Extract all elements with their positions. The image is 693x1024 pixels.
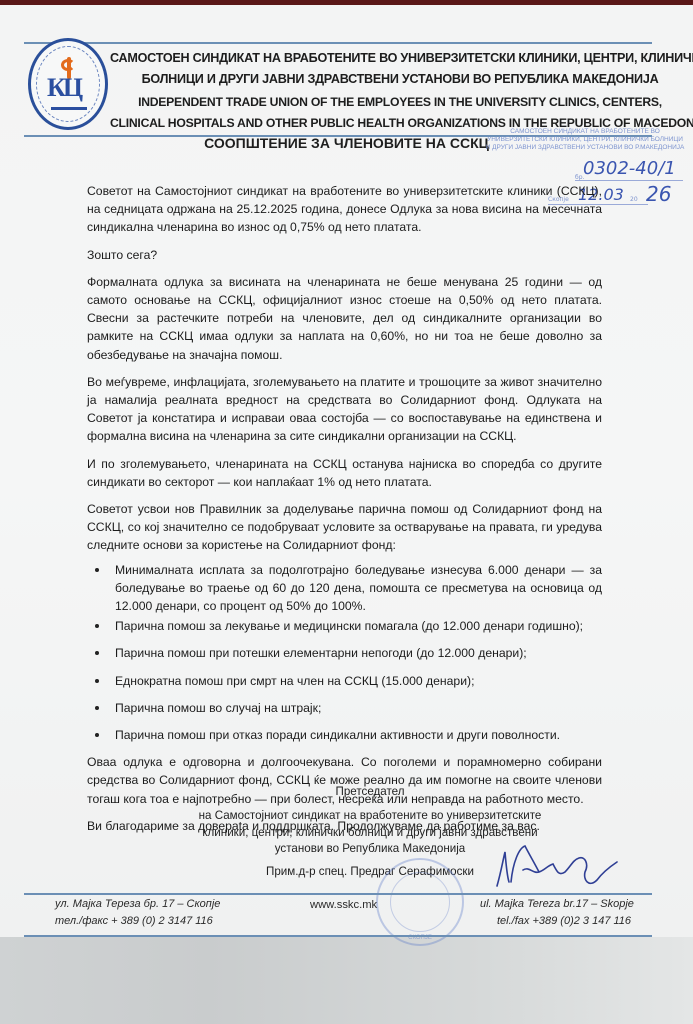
photo-background	[0, 937, 693, 1024]
stamp-line: УНИВЕРЗИТЕТСКИ КЛИНИКИ, ЦЕНТРИ, КЛИНИЧКИ…	[480, 136, 690, 144]
handwritten-signature-icon	[493, 842, 623, 892]
bullet-icon	[95, 733, 99, 737]
bridge-icon	[51, 107, 87, 113]
org-name-mk-line2: БОЛНИЦИ И ДРУГИ ЈАВНИ ЗДРАВСТВЕНИ УСТАНО…	[110, 72, 690, 86]
bullet-icon	[95, 651, 99, 655]
list-item: Парична помош за лекување и медицински п…	[87, 617, 602, 635]
logo-monogram: КЦ	[47, 73, 80, 103]
intro-paragraph: Советот на Самостојниот синдикат на враб…	[87, 182, 602, 237]
list-item: Минималната исплата за подолготрајно бол…	[87, 561, 602, 616]
paragraph-inflation: Во меѓувреме, инфлацијата, зголемувањето…	[87, 373, 602, 446]
stamp-line: И ДРУГИ ЈАВНИ ЗДРАВСТВЕНИ УСТАНОВИ ВО Р.…	[480, 144, 690, 152]
list-item-text: Минималната исплата за подолготрајно бол…	[115, 563, 602, 613]
list-item: Парична помош во случај на штрајк;	[87, 699, 602, 717]
footer-address-en: ul. Majka Tereza br.17 – Skopje	[480, 896, 634, 913]
bullet-icon	[95, 568, 99, 572]
list-item: Еднократна помош при смрт на член на ССК…	[87, 672, 602, 690]
list-item-text: Парична помош за лекување и медицински п…	[115, 619, 583, 633]
footer-phone-en: tel./fax +389 (0)2 3 147 116	[480, 913, 634, 930]
paragraph-comparison: И по зголемувањето, членарината на ССКЦ …	[87, 455, 602, 491]
signature-role: Претседател	[170, 784, 570, 801]
list-item-text: Еднократна помош при смрт на член на ССК…	[115, 674, 474, 688]
list-item-text: Парична помош при потешки елементарни не…	[115, 646, 527, 660]
footer-contact-en: ul. Majka Tereza br.17 – Skopje tel./fax…	[480, 896, 634, 930]
footer-address-mk: ул. Мајка Тереза бр. 17 – Скопје	[55, 896, 220, 913]
paragraph-history: Формалната одлука за висината на членари…	[87, 273, 602, 364]
stamp-year-label: 20	[630, 196, 638, 203]
list-item: Парична помош при отказ поради синдикалн…	[87, 726, 602, 744]
list-item-text: Парична помош во случај на штрајк;	[115, 701, 321, 715]
seal-inner-ring	[390, 872, 450, 932]
bullet-icon	[95, 624, 99, 628]
why-heading: Зошто сега?	[87, 246, 602, 264]
signature-org-line: на Самостојниот синдикат на вработените …	[170, 808, 570, 825]
footer-contact-mk: ул. Мајка Тереза бр. 17 – Скопје тел./фа…	[55, 896, 220, 930]
header-top-rule	[24, 42, 652, 44]
footer-phone-mk: тел./факс + 389 (0) 2 3147 116	[55, 913, 220, 930]
stamp-number: 0302-40/1	[583, 158, 676, 179]
official-seal: СКОПЈЕ	[376, 858, 464, 946]
footer-bottom-rule	[24, 935, 652, 937]
org-name-mk-line1: САМОСТОЕН СИНДИКАТ НА ВРАБОТЕНИТЕ ВО УНИ…	[110, 51, 690, 65]
list-item-text: Парична помош при отказ поради синдикалн…	[115, 728, 560, 742]
list-item: Парична помош при потешки елементарни не…	[87, 644, 602, 662]
bullet-icon	[95, 706, 99, 710]
paragraph-rulebook: Советот усвои нов Правилник за доделувањ…	[87, 500, 602, 555]
org-name-en-line1: INDEPENDENT TRADE UNION OF THE EMPLOYEES…	[110, 95, 690, 109]
benefits-list: Минималната исплата за подолготрајно бол…	[87, 561, 602, 745]
bullet-icon	[95, 679, 99, 683]
body-content: Советот на Самостојниот синдикат на враб…	[87, 182, 602, 844]
footer-website-link[interactable]: www.sskc.mk	[310, 899, 377, 911]
stamp-line: САМОСТОЕН СИНДИКАТ НА ВРАБОТЕНИТЕ ВО	[480, 128, 690, 136]
stamp-year: 26	[646, 182, 671, 206]
snake-icon	[61, 59, 75, 71]
union-logo-icon: КЦ	[28, 38, 108, 130]
stamp-number-rule	[575, 180, 683, 181]
footer-top-rule	[24, 893, 652, 895]
signature-org-line: клиники, центри, клинички болници и друг…	[170, 825, 570, 842]
